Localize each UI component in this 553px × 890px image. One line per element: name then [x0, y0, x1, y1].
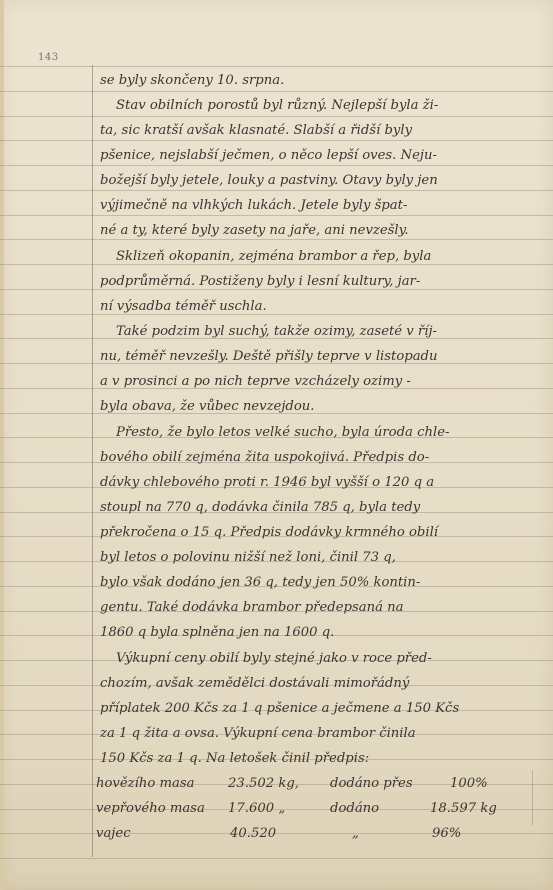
table-delivered-value: 18.597 kg: [430, 800, 497, 818]
text-line: bového obilí zejména žita uspokojivá. Př…: [100, 449, 540, 467]
text-line: stoupl na 770 q, dodávka činila 785 q, b…: [100, 499, 540, 517]
pencil-mark: [532, 770, 533, 825]
text-line: Stav obilních porostů byl různý. Nejlepš…: [116, 97, 540, 115]
text-line: dávky chlebového proti r. 1946 byl vyšší…: [100, 474, 540, 492]
table-quota: 23.502 kg,: [228, 775, 299, 793]
text-line: se byly skončeny 10. srpna.: [100, 72, 540, 90]
text-line: né a ty, které byly zasety na jaře, ani …: [100, 222, 540, 240]
rule-line: [0, 140, 553, 141]
text-line: a v prosinci a po nich teprve vzcházely …: [100, 373, 540, 391]
rule-line: [0, 116, 553, 117]
text-line: výjimečně na vlhkých lukách. Jetele byly…: [100, 197, 540, 215]
page-edge: [0, 0, 4, 890]
rule-line: [0, 91, 553, 92]
rule-line: [0, 215, 553, 216]
table-delivered-label: „: [352, 825, 359, 843]
page-number: 143: [38, 52, 59, 63]
rule-line: [0, 858, 553, 859]
table-item: vajec: [96, 825, 131, 843]
table-delivered-label: dodáno přes: [330, 775, 413, 793]
text-line: gentu. Také dodávka brambor předepsaná n…: [100, 599, 540, 617]
text-line: pšenice, nejslabší ječmen, o něco lepší …: [100, 147, 540, 165]
rule-line: [0, 833, 553, 834]
margin-line: [92, 65, 93, 857]
rule-line: [0, 165, 553, 166]
table-delivered-value: 100%: [450, 775, 488, 793]
text-line: Výkupní ceny obilí byly stejné jako v ro…: [116, 650, 540, 668]
text-line: Sklizeň okopanin, zejména brambor a řep,…: [116, 248, 540, 266]
table-delivered-label: dodáno: [330, 800, 379, 818]
text-line: božejší byly jetele, louky a pastviny. O…: [100, 172, 540, 190]
text-line: chozím, avšak zemědělci dostávali mimořá…: [100, 675, 540, 693]
rule-line: [0, 66, 553, 67]
text-line: příplatek 200 Kčs za 1 q pšenice a ječme…: [100, 700, 540, 718]
text-line: bylo však dodáno jen 36 q, tedy jen 50% …: [100, 574, 540, 592]
text-line: Přesto, že bylo letos velké sucho, byla …: [116, 424, 540, 442]
table-item: vepřového masa: [96, 800, 205, 818]
table-quota: 17.600 „: [228, 800, 285, 818]
text-line: 1860 q byla splněna jen na 1600 q.: [100, 624, 540, 642]
text-line: Také podzim byl suchý, takže ozimy, zase…: [116, 323, 540, 341]
text-line: nu, téměř nevzešly. Deště přišly teprve …: [100, 348, 540, 366]
text-line: 150 Kčs za 1 q. Na letošek činil předpis…: [100, 750, 540, 768]
table-delivered-value: 96%: [432, 825, 461, 843]
text-line: podprůměrná. Postiženy byly i lesní kult…: [100, 273, 540, 291]
table-quota: 40.520: [230, 825, 276, 843]
text-line: byl letos o polovinu nižší než loni, čin…: [100, 549, 540, 567]
rule-line: [0, 190, 553, 191]
text-line: ta, sic kratší avšak klasnaté. Slabší a …: [100, 122, 540, 140]
table-item: hovězího masa: [96, 775, 194, 793]
text-line: za 1 q žita a ovsa. Výkupní cena brambor…: [100, 725, 540, 743]
document-page: 143 se byly skončeny 10. srpna.Stav obil…: [0, 0, 553, 890]
text-line: byla obava, že vůbec nevzejdou.: [100, 398, 540, 416]
text-line: ní výsadba téměř uschla.: [100, 298, 540, 316]
text-line: překročena o 15 q. Předpis dodávky krmné…: [100, 524, 540, 542]
